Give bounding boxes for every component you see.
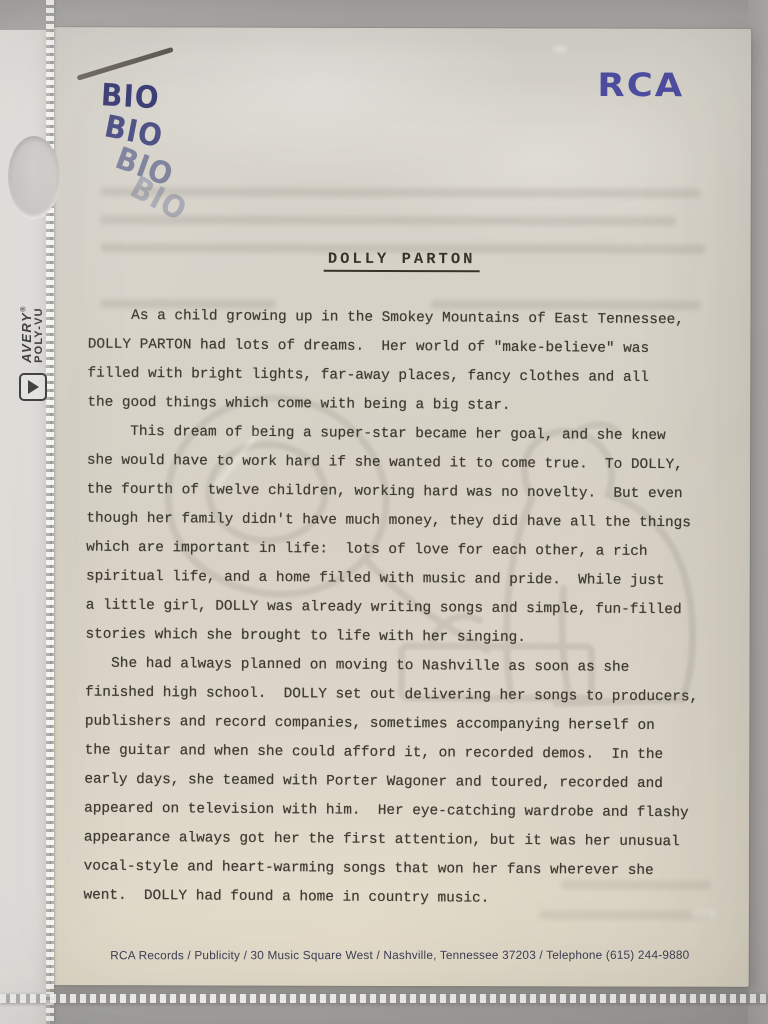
plastic-glare (691, 909, 717, 919)
rca-logo: RCA (597, 69, 684, 102)
document-body: As a child growing up in the Smokey Moun… (83, 302, 701, 916)
body-line: went. DOLLY had found a home in country … (83, 882, 696, 916)
bleedthrough-text (101, 187, 701, 198)
avery-product-name: POLY-VU (34, 305, 46, 363)
document-title: DOLLY PARTON (324, 250, 480, 272)
bleedthrough-text (101, 215, 676, 226)
photo-background-top (0, 0, 768, 30)
binder-hole (8, 136, 60, 218)
photo-background-right (748, 0, 768, 1024)
plastic-glare (553, 46, 567, 52)
sheet-protector-brand-label: AVERY® POLY-VU (10, 258, 56, 448)
bio-sheet-paper: BIO BIO BIO BIO RCA (51, 27, 752, 987)
document-footer: RCA Records / Publicity / 30 Music Squar… (51, 948, 749, 963)
pen-scratch-mark (77, 47, 174, 81)
sheet-protector-seam-bottom (0, 994, 768, 1003)
avery-brand-name: AVERY® (20, 305, 34, 363)
avery-logo-icon (19, 373, 47, 401)
